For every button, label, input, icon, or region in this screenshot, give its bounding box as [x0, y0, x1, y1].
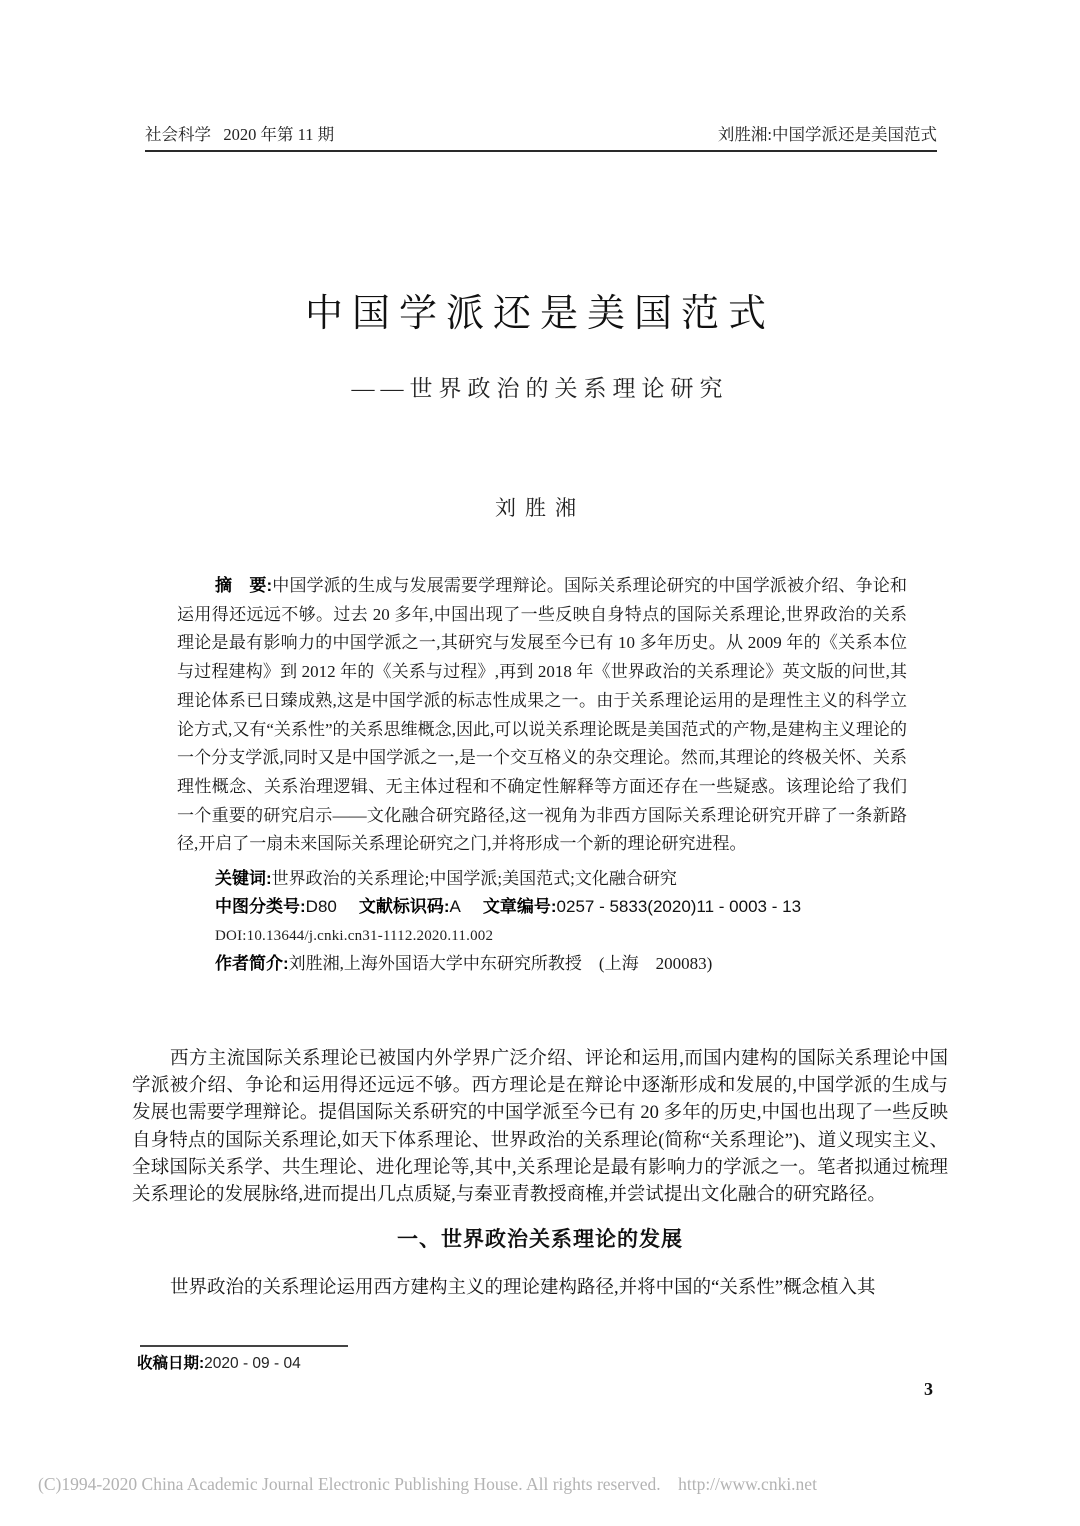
running-header: 社会科学 2020 年第 11 期 刘胜湘:中国学派还是美国范式: [145, 121, 937, 145]
abstract-paragraph: 摘 要:中国学派的生成与发展需要学理辩论。国际关系理论研究的中国学派被介绍、争论…: [177, 572, 907, 859]
doc-code-label: 文献标识码:: [359, 897, 450, 916]
page-number: 3: [924, 1379, 933, 1400]
classification-line: 中图分类号:D80文献标识码:A文章编号:0257 - 5833(2020)11…: [215, 893, 907, 921]
author-bio-text: 刘胜湘,上海外国语大学中东研究所教授 (上海 200083): [289, 954, 713, 973]
abstract-block: 摘 要:中国学派的生成与发展需要学理辩论。国际关系理论研究的中国学派被介绍、争论…: [177, 572, 907, 979]
article-subtitle: ——世界政治的关系理论研究: [0, 370, 1080, 403]
received-date-value: 2020 - 09 - 04: [204, 1355, 301, 1372]
doi-line: DOI:10.13644/j.cnki.cn31-1112.2020.11.00…: [215, 922, 907, 950]
abstract-label: 摘 要:: [215, 576, 272, 595]
section-heading: 一、世界政治关系理论的发展: [132, 1225, 948, 1255]
copyright-footer: (C)1994-2020 China Academic Journal Elec…: [38, 1474, 817, 1495]
body-paragraph-1: 西方主流国际关系理论已被国内外学界广泛介绍、评论和运用,而国内建构的国际关系理论…: [132, 1046, 948, 1209]
received-date-note: 收稿日期:2020 - 09 - 04: [137, 1352, 301, 1376]
abstract-text: 中国学派的生成与发展需要学理辩论。国际关系理论研究的中国学派被介绍、争论和运用得…: [177, 576, 907, 853]
author-bio-label: 作者简介:: [215, 954, 289, 973]
body-paragraph-2: 世界政治的关系理论运用西方建构主义的理论建构路径,并将中国的“关系性”概念植入其: [132, 1275, 948, 1302]
footnote-rule: [140, 1345, 348, 1347]
keywords-line: 关键词:世界政治的关系理论;中国学派;美国范式;文化融合研究: [215, 865, 907, 893]
author-bio-line: 作者简介:刘胜湘,上海外国语大学中东研究所教授 (上海 200083): [215, 950, 907, 978]
journal-page: 社会科学 2020 年第 11 期 刘胜湘:中国学派还是美国范式 中国学派还是美…: [0, 0, 1080, 1526]
article-body: 西方主流国际关系理论已被国内外学界广泛介绍、评论和运用,而国内建构的国际关系理论…: [132, 1046, 948, 1302]
article-title: 中国学派还是美国范式: [0, 282, 1080, 337]
received-date-label: 收稿日期:: [137, 1355, 204, 1372]
running-head-title: 刘胜湘:中国学派还是美国范式: [718, 121, 937, 145]
header-rule: [145, 150, 937, 152]
article-id-value: 0257 - 5833(2020)11 - 0003 - 13: [557, 897, 801, 916]
clc-value: D80: [306, 897, 337, 916]
article-meta: 关键词:世界政治的关系理论;中国学派;美国范式;文化融合研究 中图分类号:D80…: [177, 865, 907, 979]
doc-code-value: A: [450, 897, 461, 916]
keywords-label: 关键词:: [215, 869, 272, 888]
article-id-label: 文章编号:: [483, 897, 557, 916]
journal-issue: 社会科学 2020 年第 11 期: [145, 121, 334, 145]
keywords-text: 世界政治的关系理论;中国学派;美国范式;文化融合研究: [272, 869, 677, 888]
clc-label: 中图分类号:: [215, 897, 306, 916]
author-name: 刘胜湘: [0, 492, 1080, 522]
